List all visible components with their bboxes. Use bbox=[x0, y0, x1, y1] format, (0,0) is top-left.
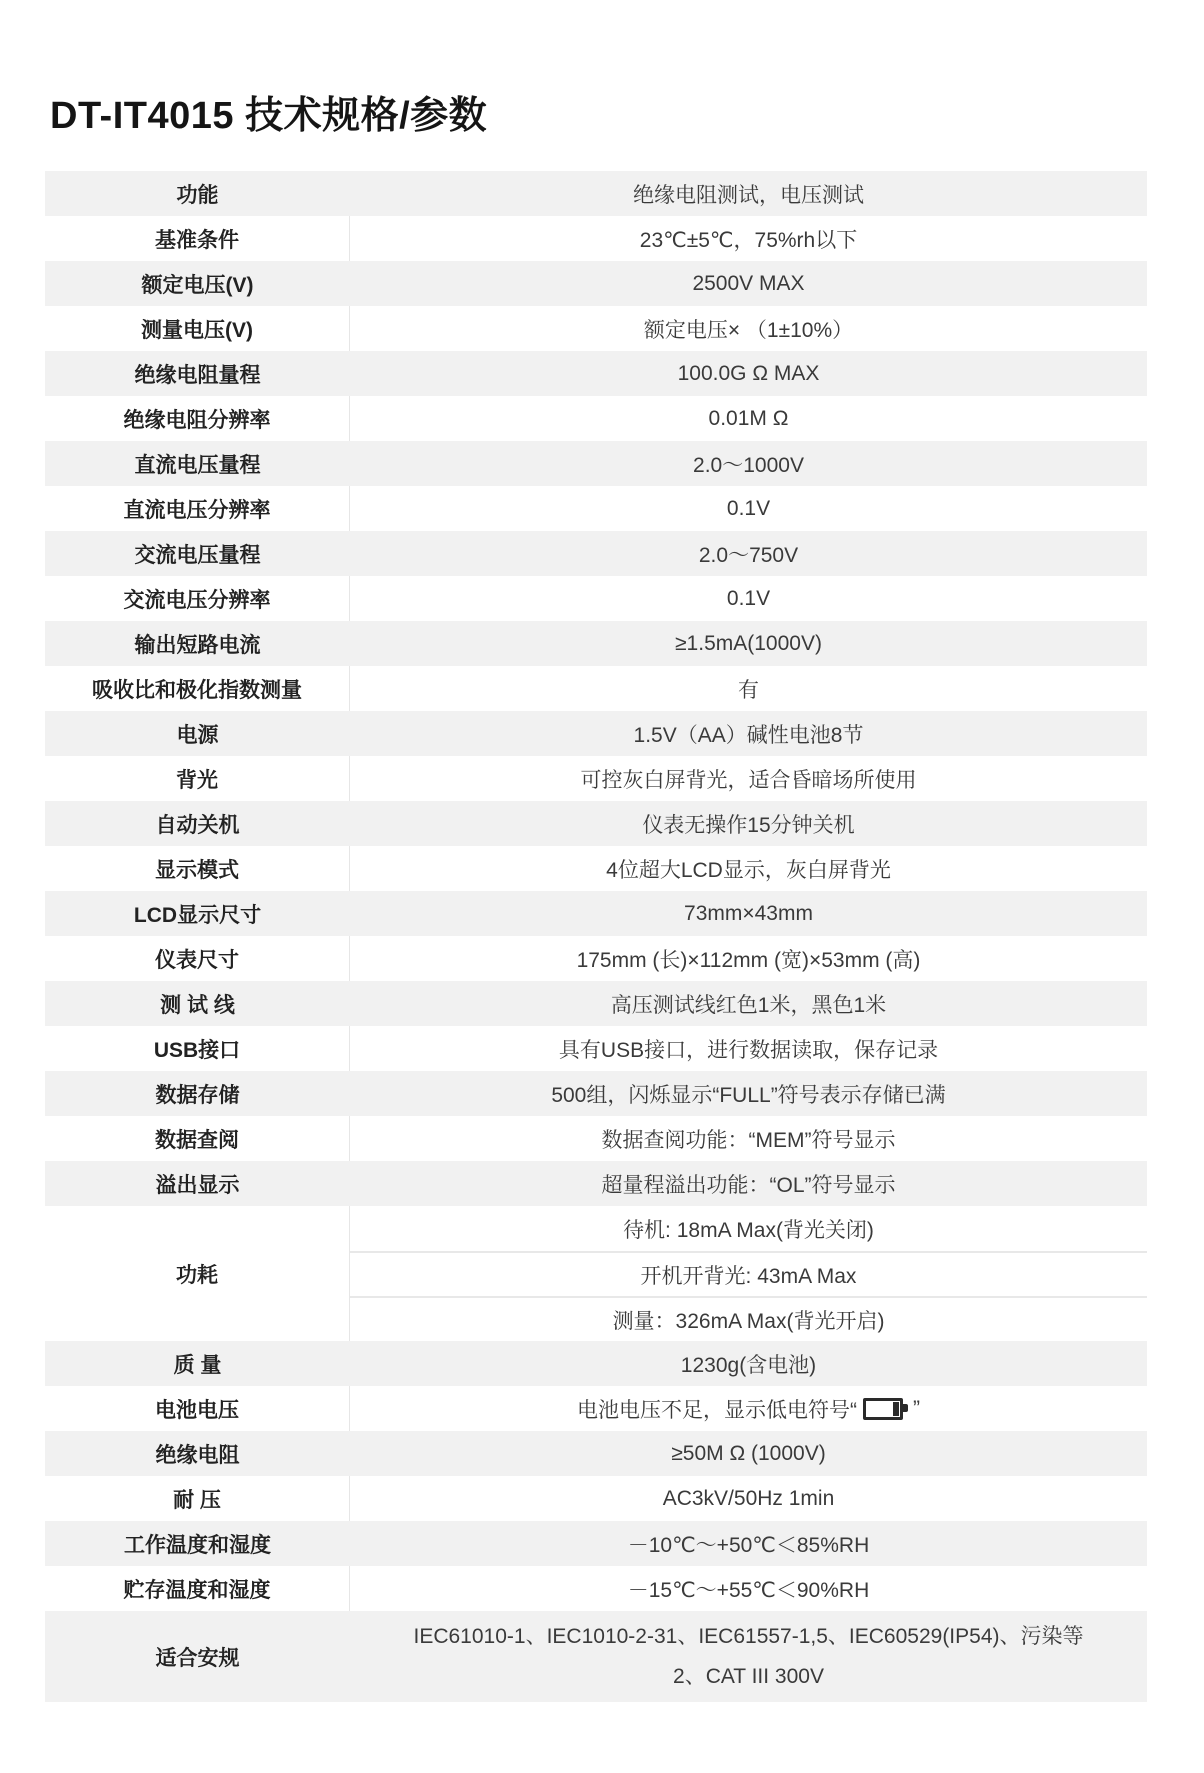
spec-value: 23℃±5℃，75%rh以下 bbox=[350, 216, 1147, 261]
spec-value: 高压测试线红色1米，黑色1米 bbox=[350, 981, 1147, 1026]
spec-value: AC3kV/50Hz 1min bbox=[350, 1476, 1147, 1521]
spec-label: 仪表尺寸 bbox=[45, 936, 350, 981]
spec-value: 可控灰白屏背光，适合昏暗场所使用 bbox=[350, 756, 1147, 801]
spec-value: 超量程溢出功能：“OL”符号显示 bbox=[350, 1161, 1147, 1206]
table-row-lcd-size: LCD显示尺寸 73mm×43mm bbox=[45, 891, 1147, 936]
spec-value: 73mm×43mm bbox=[350, 891, 1147, 936]
spec-label: 绝缘电阻分辨率 bbox=[45, 396, 350, 441]
spec-label: 背光 bbox=[45, 756, 350, 801]
table-row-usb-port: USB接口 具有USB接口，进行数据读取，保存记录 bbox=[45, 1026, 1147, 1071]
battery-bar bbox=[893, 1402, 899, 1416]
safety-standards-line1: IEC61010-1、IEC1010-2-31、IEC61557-1,5、IEC… bbox=[414, 1617, 1084, 1657]
spec-label: 显示模式 bbox=[45, 846, 350, 891]
spec-label: 质 量 bbox=[45, 1341, 350, 1386]
spec-label: 功能 bbox=[45, 171, 350, 216]
spec-value: 2500V MAX bbox=[350, 261, 1147, 306]
spec-label: LCD显示尺寸 bbox=[45, 891, 350, 936]
spec-label: 直流电压量程 bbox=[45, 441, 350, 486]
spec-value: ≥1.5mA(1000V) bbox=[350, 621, 1147, 666]
spec-value: ≥50M Ω (1000V) bbox=[350, 1431, 1147, 1476]
spec-label: 耐 压 bbox=[45, 1476, 350, 1521]
power-subrow-on-backlight: 开机开背光: 43mA Max bbox=[350, 1251, 1147, 1296]
power-subrow-measuring: 测量：326mA Max(背光开启) bbox=[350, 1296, 1147, 1341]
spec-value: 绝缘电阻测试，电压测试 bbox=[350, 171, 1147, 216]
spec-value: 2.0～1000V bbox=[350, 441, 1147, 486]
table-row-weight: 质 量 1230g(含电池) bbox=[45, 1341, 1147, 1386]
spec-value: 1230g(含电池) bbox=[350, 1341, 1147, 1386]
table-row-auto-poweroff: 自动关机 仪表无操作15分钟关机 bbox=[45, 801, 1147, 846]
spec-label: 吸收比和极化指数测量 bbox=[45, 666, 350, 711]
table-row-ac-range: 交流电压量程 2.0～750V bbox=[45, 531, 1147, 576]
battery-text-prefix: 电池电压不足，显示低电符号“ bbox=[577, 1394, 857, 1424]
spec-value: 1.5V（AA）碱性电池8节 bbox=[350, 711, 1147, 756]
spec-value: 175mm (长)×112mm (宽)×53mm (高) bbox=[350, 936, 1147, 981]
spec-label: 直流电压分辨率 bbox=[45, 486, 350, 531]
table-row-backlight: 背光 可控灰白屏背光，适合昏暗场所使用 bbox=[45, 756, 1147, 801]
spec-label: 绝缘电阻 bbox=[45, 1431, 350, 1476]
spec-value: 仪表无操作15分钟关机 bbox=[350, 801, 1147, 846]
table-row-rated-voltage: 额定电压(V) 2500V MAX bbox=[45, 261, 1147, 306]
spec-label: 交流电压分辨率 bbox=[45, 576, 350, 621]
spec-value: 具有USB接口，进行数据读取，保存记录 bbox=[350, 1026, 1147, 1071]
table-row-test-leads: 测 试 线 高压测试线红色1米，黑色1米 bbox=[45, 981, 1147, 1026]
spec-value: 0.01M Ω bbox=[350, 396, 1147, 441]
spec-value: IEC61010-1、IEC1010-2-31、IEC61557-1,5、IEC… bbox=[350, 1611, 1147, 1702]
spec-label: 电源 bbox=[45, 711, 350, 756]
table-row-insulation-resolution: 绝缘电阻分辨率 0.01M Ω bbox=[45, 396, 1147, 441]
spec-label: USB接口 bbox=[45, 1026, 350, 1071]
power-consumption-subrows: 待机: 18mA Max(背光关闭) 开机开背光: 43mA Max 测量：32… bbox=[350, 1206, 1147, 1341]
safety-standards-line2: 2、CAT III 300V bbox=[673, 1657, 824, 1697]
spec-label: 贮存温度和湿度 bbox=[45, 1566, 350, 1611]
spec-label: 测 试 线 bbox=[45, 981, 350, 1026]
spec-label: 额定电压(V) bbox=[45, 261, 350, 306]
table-row-ac-resolution: 交流电压分辨率 0.1V bbox=[45, 576, 1147, 621]
table-row-display-mode: 显示模式 4位超大LCD显示，灰白屏背光 bbox=[45, 846, 1147, 891]
table-row-operating-temp-humidity: 工作温度和湿度 －10℃～+50℃＜85%RH bbox=[45, 1521, 1147, 1566]
spec-value: 额定电压× （1±10%） bbox=[350, 306, 1147, 351]
spec-label: 交流电压量程 bbox=[45, 531, 350, 576]
spec-value: 0.1V bbox=[350, 486, 1147, 531]
table-row-dc-resolution: 直流电压分辨率 0.1V bbox=[45, 486, 1147, 531]
table-row-power-supply: 电源 1.5V（AA）碱性电池8节 bbox=[45, 711, 1147, 756]
table-row-meter-size: 仪表尺寸 175mm (长)×112mm (宽)×53mm (高) bbox=[45, 936, 1147, 981]
spec-value: 0.1V bbox=[350, 576, 1147, 621]
page-title: DT-IT4015 技术规格/参数 bbox=[50, 84, 487, 139]
spec-label: 适合安规 bbox=[45, 1611, 350, 1702]
table-row-insulation-resistance: 绝缘电阻 ≥50M Ω (1000V) bbox=[45, 1431, 1147, 1476]
spec-label: 电池电压 bbox=[45, 1386, 350, 1431]
spec-table: 功能 绝缘电阻测试，电压测试 基准条件 23℃±5℃，75%rh以下 额定电压(… bbox=[45, 171, 1147, 1702]
spec-value: 电池电压不足，显示低电符号“ ” bbox=[350, 1386, 1147, 1431]
spec-value: 2.0～750V bbox=[350, 531, 1147, 576]
table-row-dc-range: 直流电压量程 2.0～1000V bbox=[45, 441, 1147, 486]
table-row-reference-condition: 基准条件 23℃±5℃，75%rh以下 bbox=[45, 216, 1147, 261]
battery-text-suffix: ” bbox=[913, 1397, 920, 1421]
spec-label: 工作温度和湿度 bbox=[45, 1521, 350, 1566]
low-battery-icon bbox=[863, 1398, 903, 1420]
spec-value: －15℃～+55℃＜90%RH bbox=[350, 1566, 1147, 1611]
spec-value: 4位超大LCD显示，灰白屏背光 bbox=[350, 846, 1147, 891]
table-row-safety-standards: 适合安规 IEC61010-1、IEC1010-2-31、IEC61557-1,… bbox=[45, 1611, 1147, 1702]
table-row-overflow-display: 溢出显示 超量程溢出功能：“OL”符号显示 bbox=[45, 1161, 1147, 1206]
table-row-storage-temp-humidity: 贮存温度和湿度 －15℃～+55℃＜90%RH bbox=[45, 1566, 1147, 1611]
table-row-power-consumption: 功耗 待机: 18mA Max(背光关闭) 开机开背光: 43mA Max 测量… bbox=[45, 1206, 1147, 1341]
spec-label: 数据存储 bbox=[45, 1071, 350, 1116]
table-row-data-storage: 数据存储 500组，闪烁显示“FULL”符号表示存储已满 bbox=[45, 1071, 1147, 1116]
table-row-absorption-ratio: 吸收比和极化指数测量 有 bbox=[45, 666, 1147, 711]
spec-value: 数据查阅功能：“MEM”符号显示 bbox=[350, 1116, 1147, 1161]
spec-label: 数据查阅 bbox=[45, 1116, 350, 1161]
table-row-insulation-range: 绝缘电阻量程 100.0G Ω MAX bbox=[45, 351, 1147, 396]
spec-label: 输出短路电流 bbox=[45, 621, 350, 666]
table-row-battery-voltage: 电池电压 电池电压不足，显示低电符号“ ” bbox=[45, 1386, 1147, 1431]
spec-label: 自动关机 bbox=[45, 801, 350, 846]
spec-label: 测量电压(V) bbox=[45, 306, 350, 351]
table-row-measure-voltage: 测量电压(V) 额定电压× （1±10%） bbox=[45, 306, 1147, 351]
table-row-function: 功能 绝缘电阻测试，电压测试 bbox=[45, 171, 1147, 216]
spec-label: 绝缘电阻量程 bbox=[45, 351, 350, 396]
table-row-short-circuit-current: 输出短路电流 ≥1.5mA(1000V) bbox=[45, 621, 1147, 666]
spec-value: 100.0G Ω MAX bbox=[350, 351, 1147, 396]
spec-value: －10℃～+50℃＜85%RH bbox=[350, 1521, 1147, 1566]
spec-label: 基准条件 bbox=[45, 216, 350, 261]
spec-value: 有 bbox=[350, 666, 1147, 711]
spec-label: 功耗 bbox=[45, 1206, 350, 1341]
spec-value: 500组，闪烁显示“FULL”符号表示存储已满 bbox=[350, 1071, 1147, 1116]
table-row-data-review: 数据查阅 数据查阅功能：“MEM”符号显示 bbox=[45, 1116, 1147, 1161]
power-subrow-standby: 待机: 18mA Max(背光关闭) bbox=[350, 1206, 1147, 1251]
table-row-withstand-voltage: 耐 压 AC3kV/50Hz 1min bbox=[45, 1476, 1147, 1521]
spec-label: 溢出显示 bbox=[45, 1161, 350, 1206]
